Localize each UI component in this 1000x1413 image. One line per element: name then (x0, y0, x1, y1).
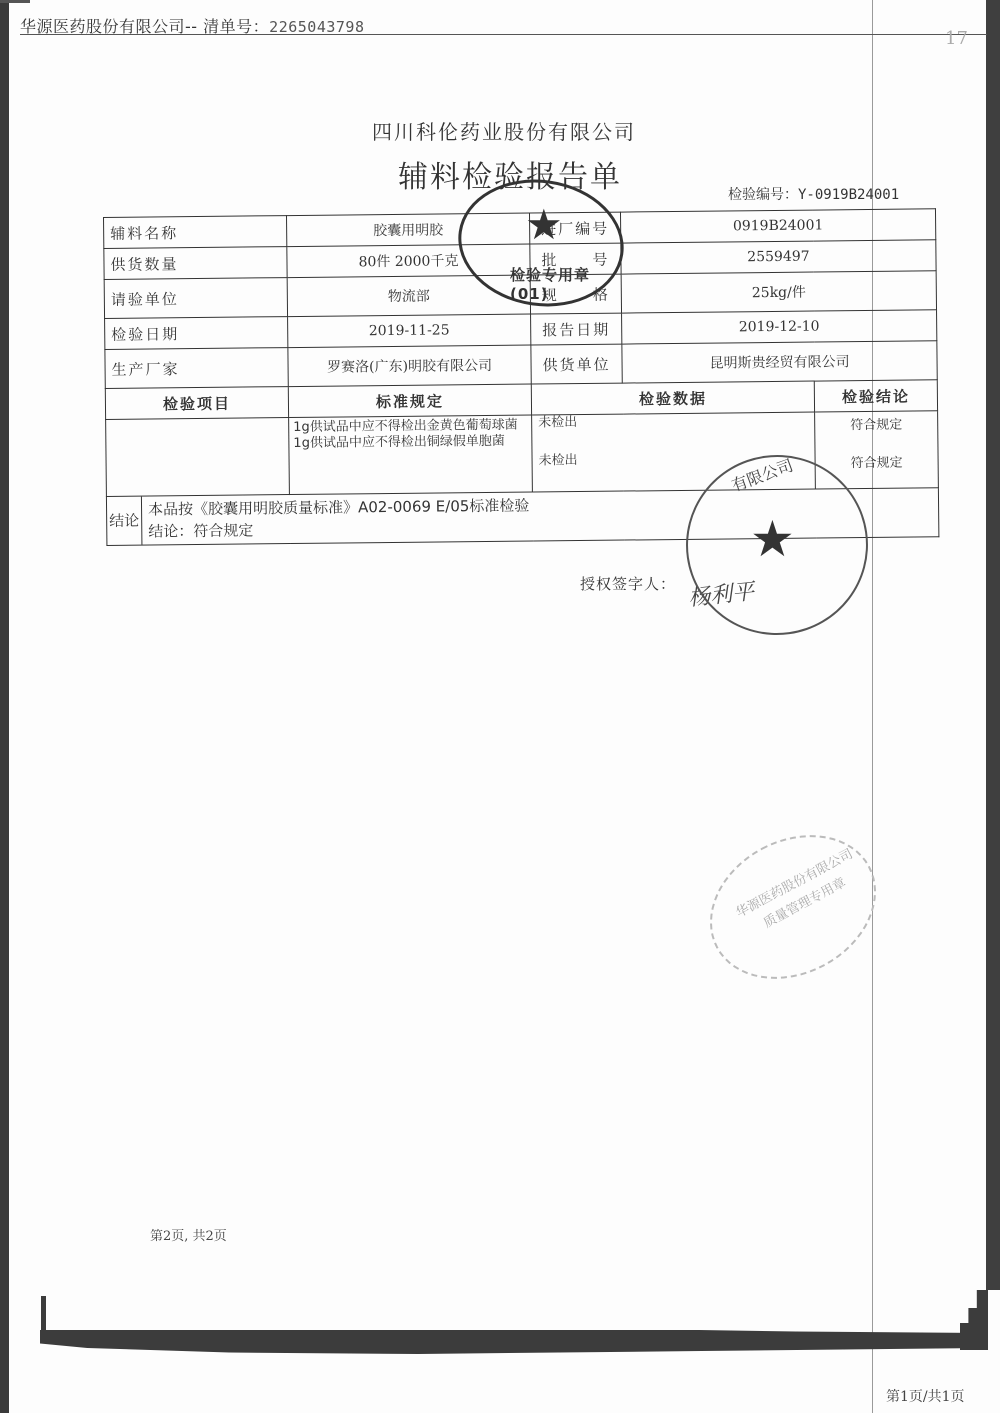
inspection-number: 检验编号：Y-0919B24001 (728, 184, 899, 204)
handwritten-mark: 17 (945, 28, 968, 49)
field-value: 2559497 (621, 240, 936, 274)
result-value: 符合规定 (821, 411, 931, 450)
field-label: 辅料名称 (104, 216, 287, 249)
column-header: 检验项目 (105, 387, 288, 420)
signer-label: 授权签字人： (580, 573, 676, 594)
field-value: 罗赛洛(广东)明胶有限公司 (288, 345, 531, 387)
field-value: 2019-12-10 (622, 310, 937, 344)
field-label: 供货单位 (531, 344, 622, 384)
page-number-outer: 第1页/共1页 (886, 1386, 965, 1406)
distributor-name: 华源医药股份有限公司-- (20, 17, 198, 36)
qc-seal-text: 检验专用章 (01) (510, 264, 590, 303)
field-label: 报告日期 (531, 313, 622, 345)
conclusion-label: 结论 (107, 497, 142, 545)
column-header: 标准规定 (288, 384, 531, 418)
field-label: 请验单位 (104, 278, 287, 319)
field-value: 25kg/件 (621, 271, 936, 313)
scan-border-left (0, 0, 9, 1413)
field-value: 0919B24001 (620, 209, 935, 243)
field-label: 生产厂家 (105, 348, 288, 389)
field-value: 昆明斯贵经贸有限公司 (622, 341, 937, 383)
scan-artifact (0, 0, 30, 3)
column-header: 检验数据 (531, 381, 814, 415)
scan-artifact (41, 1296, 46, 1336)
inspection-number-label: 检验编号： (728, 187, 798, 203)
scan-artifact (960, 1290, 988, 1350)
data-value: 未检出 (538, 413, 808, 454)
field-label: 检验日期 (105, 317, 288, 350)
inspection-number-value: Y-0919B24001 (798, 187, 899, 203)
qc-seal-sub: (01) (510, 285, 549, 303)
qc-seal-label: 检验专用章 (510, 266, 590, 284)
issuer-name: 四川科伦药业股份有限公司 (372, 116, 636, 145)
test-item (106, 418, 290, 497)
list-number: 2265043798 (269, 18, 364, 36)
field-value: 2019-11-25 (288, 314, 531, 348)
list-header: 华源医药股份有限公司-- 清单号：2265043798 (20, 14, 364, 37)
test-standards: 1g供试品中应不得检出金黄色葡萄球菌 1g供试品中应不得检出铜绿假单胞菌 (289, 415, 533, 495)
field-label: 供货数量 (104, 247, 287, 280)
star-icon: ★ (525, 200, 563, 249)
star-icon: ★ (750, 510, 795, 568)
column-header: 检验结论 (814, 380, 937, 412)
scan-border-bottom (40, 1330, 985, 1360)
page-number-inner: 第2页, 共2页 (150, 1225, 227, 1244)
standard-text: 1g供试品中应不得检出铜绿假单胞菌 (293, 434, 527, 452)
scan-border-right (986, 0, 1000, 1290)
list-label: 清单号： (203, 17, 269, 36)
